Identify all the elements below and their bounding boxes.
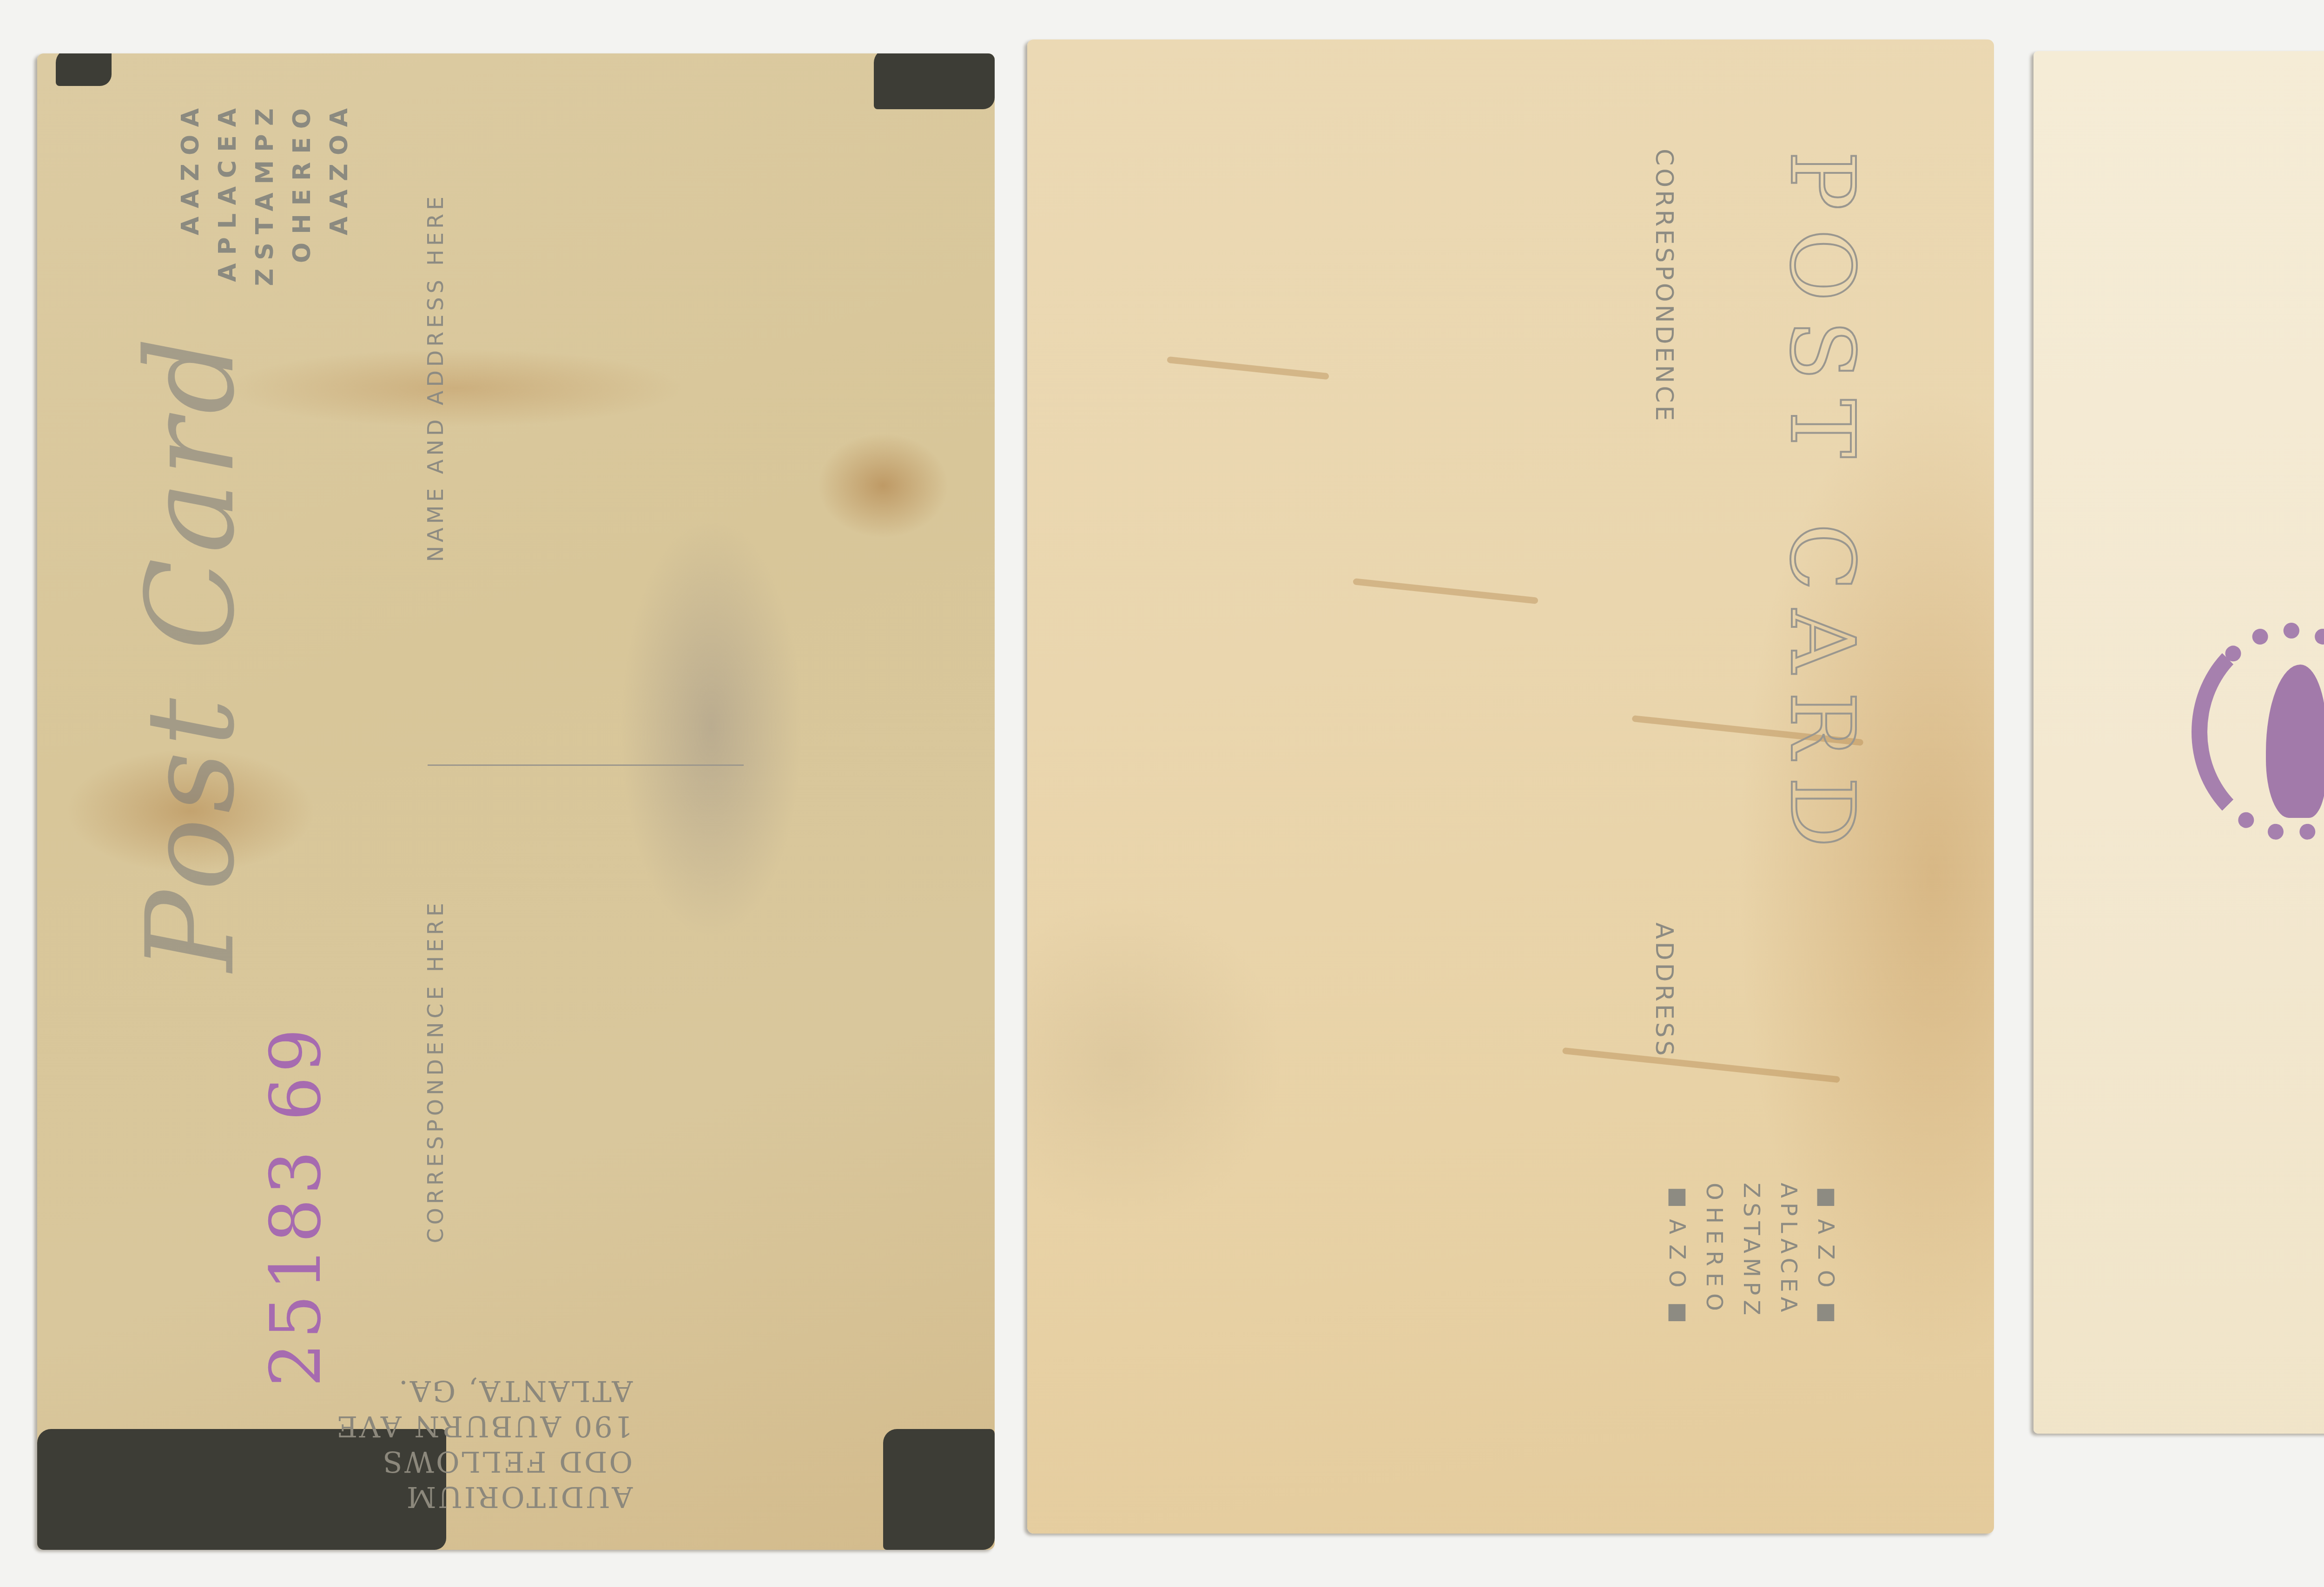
water-stain xyxy=(1353,578,1538,604)
post-card-title: POST CARD xyxy=(1771,151,1874,866)
stamp-box-row: ZSTAMPZ xyxy=(1738,1183,1764,1320)
water-stain xyxy=(1167,356,1329,380)
water-stain xyxy=(1562,1047,1840,1083)
inventory-number-stamp: 25183 69 xyxy=(256,1025,337,1387)
stamp-box-row: APLACEA xyxy=(1776,1183,1802,1317)
correspondence-label: CORRESPONDENCE HERE xyxy=(423,899,448,1243)
postcard-back-3: HARRIS' STUDIO ATlantic 8959 2128 Centre… xyxy=(2033,51,2324,1434)
stamp-box-row: OHEREO xyxy=(1701,1183,1727,1317)
stamp-box-row: ZSTAMPZ xyxy=(251,100,279,286)
address-label: ADDRESS xyxy=(1650,922,1678,1059)
tape-residue-bottom-right xyxy=(883,1429,995,1550)
divider-line xyxy=(428,764,744,766)
publisher-imprint-mirrored: AUDITORIUM ODD FELLOWS 190 AUBURN AVE AT… xyxy=(335,1373,633,1515)
correspondence-label: CORRESPONDENCE xyxy=(1650,149,1678,424)
stamp-box-row: ■AZO■ xyxy=(1813,1183,1839,1334)
stamp-box-row: AAZOA xyxy=(325,100,353,235)
stamp-box-row: APLACEA xyxy=(214,100,242,282)
pencil-handwriting: Post Card xyxy=(121,332,261,972)
tape-residue-top-left xyxy=(56,53,112,86)
name-and-address-label: NAME AND ADDRESS HERE xyxy=(423,193,448,562)
stamp-box-row: OHEREO xyxy=(288,100,316,263)
stamp-box-row: AAZOA xyxy=(177,100,205,235)
postcard-back-2: POST CARD CORRESPONDENCE ADDRESS ■AZO■ A… xyxy=(1027,40,1994,1534)
postcard-back-1: AAZOA APLACEA ZSTAMPZ OHEREO AAZOA NAME … xyxy=(37,53,995,1550)
stamp-box-row: ■AZO■ xyxy=(1664,1183,1690,1334)
tape-residue-top-right xyxy=(874,53,995,109)
